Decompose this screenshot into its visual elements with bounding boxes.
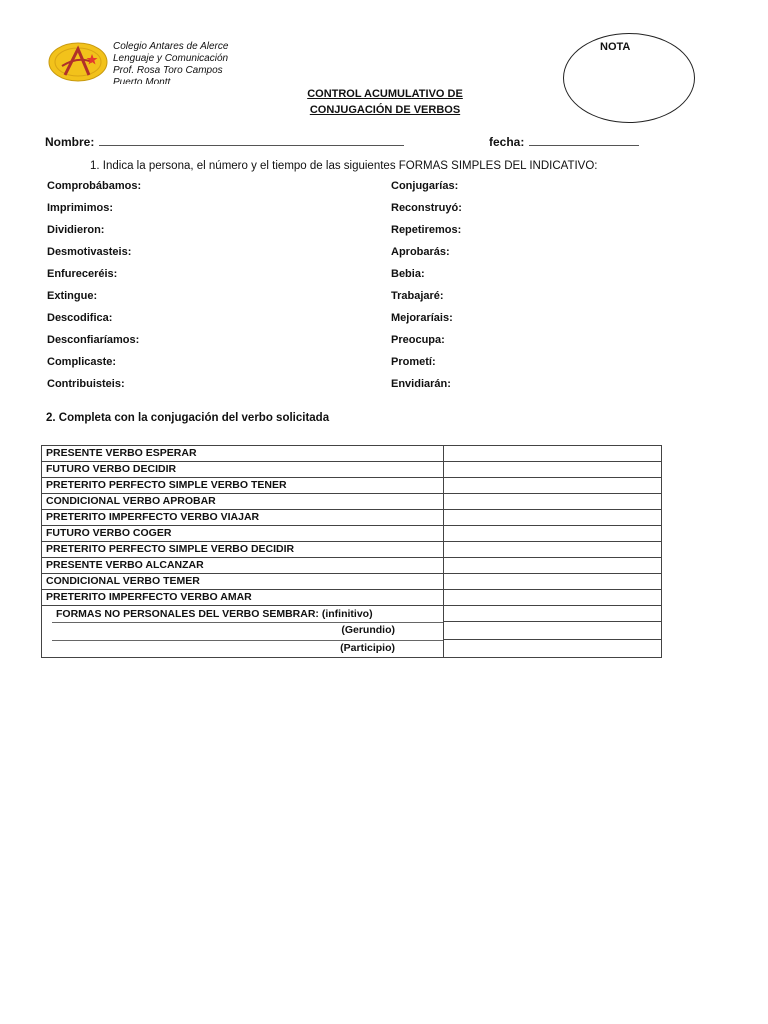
verb-item: Descodifica: [47,312,112,324]
row-answer[interactable] [444,590,662,606]
table-row-gerund: (Gerundio) [42,622,662,640]
section2-instruction: 2. Completa con la conjugación del verbo… [46,412,329,424]
name-input-line[interactable] [99,135,404,146]
table-row: FUTURO VERBO DECIDIR [42,462,662,478]
table-row-infinitive: FORMAS NO PERSONALES DEL VERBO SEMBRAR: … [42,606,662,622]
grade-label: NOTA [600,41,630,53]
row-answer[interactable] [444,478,662,494]
row-answer[interactable] [444,558,662,574]
page-title-line2: CONJUGACIÓN DE VERBOS [230,104,540,116]
row-prompt: PRETERITO PERFECTO SIMPLE VERBO DECIDIR [42,542,444,558]
table-row: PRESENTE VERBO ALCANZAR [42,558,662,574]
verb-item: Prometí: [391,356,436,368]
section1-instruction: 1. Indica la persona, el número y el tie… [90,160,598,172]
row-prompt: PRETERITO PERFECTO SIMPLE VERBO TENER [42,478,444,494]
date-input-line[interactable] [529,135,639,146]
table-row: CONDICIONAL VERBO APROBAR [42,494,662,510]
grade-box[interactable]: NOTA [563,33,695,123]
verb-item: Dividieron: [47,224,104,236]
participle-label: (Participio) [340,641,395,656]
row-prompt: CONDICIONAL VERBO APROBAR [42,494,444,510]
verb-item: Mejoraríais: [391,312,453,324]
verb-item: Desmotivasteis: [47,246,131,258]
school-logo [48,42,108,82]
table-row: PRETERITO IMPERFECTO VERBO VIAJAR [42,510,662,526]
row-answer-gerund[interactable] [444,622,662,640]
row-prompt: PRESENTE VERBO ALCANZAR [42,558,444,574]
table-row: FUTURO VERBO COGER [42,526,662,542]
verb-item: Trabajaré: [391,290,444,302]
verb-item: Conjugarías: [391,180,458,192]
row-answer[interactable] [444,510,662,526]
row-answer[interactable] [444,446,662,462]
verb-item: Enfureceréis: [47,268,117,280]
verb-item: Preocupa: [391,334,445,346]
row-answer[interactable] [444,494,662,510]
verb-item: Repetiremos: [391,224,461,236]
row-prompt: (Gerundio) [42,622,444,640]
conjugation-table: PRESENTE VERBO ESPERAR FUTURO VERBO DECI… [41,445,662,658]
table-row: CONDICIONAL VERBO TEMER [42,574,662,590]
school-city: Puerto Montt [113,77,228,84]
name-field[interactable]: Nombre: [45,133,404,151]
verb-item: Aprobarás: [391,246,450,258]
row-prompt: FORMAS NO PERSONALES DEL VERBO SEMBRAR: … [42,606,444,622]
school-crest-icon [48,42,108,82]
school-teacher: Prof. Rosa Toro Campos [113,65,228,77]
date-field[interactable]: fecha: [489,133,639,151]
school-name: Colegio Antares de Alerce [113,41,228,53]
row-prompt: CONDICIONAL VERBO TEMER [42,574,444,590]
table-row-participle: (Participio) [42,640,662,658]
row-prompt: FUTURO VERBO COGER [42,526,444,542]
row-answer[interactable] [444,462,662,478]
verb-item: Envidiarán: [391,378,451,390]
school-subject: Lenguaje y Comunicación [113,53,228,65]
table-row: PRETERITO PERFECTO SIMPLE VERBO TENER [42,478,662,494]
verb-item: Imprimimos: [47,202,113,214]
name-label: Nombre: [45,135,94,149]
verb-item: Contribuisteis: [47,378,125,390]
verb-item: Bebia: [391,268,425,280]
verb-item: Reconstruyó: [391,202,462,214]
school-info: Colegio Antares de Alerce Lenguaje y Com… [113,41,228,84]
row-prompt: FUTURO VERBO DECIDIR [42,462,444,478]
row-prompt: PRETERITO IMPERFECTO VERBO AMAR [42,590,444,606]
verb-item: Complicaste: [47,356,116,368]
gerund-label: (Gerundio) [341,623,395,638]
row-answer-infinitive[interactable] [444,606,662,622]
verb-item: Extingue: [47,290,97,302]
table-row: PRETERITO PERFECTO SIMPLE VERBO DECIDIR [42,542,662,558]
date-label: fecha: [489,135,524,149]
row-prompt: PRESENTE VERBO ESPERAR [42,446,444,462]
row-answer[interactable] [444,526,662,542]
non-personal-label: FORMAS NO PERSONALES DEL VERBO SEMBRAR: … [56,607,373,622]
row-answer[interactable] [444,542,662,558]
verb-item: Desconfiaríamos: [47,334,139,346]
verb-item: Comprobábamos: [47,180,141,192]
row-prompt: PRETERITO IMPERFECTO VERBO VIAJAR [42,510,444,526]
row-prompt: (Participio) [42,640,444,658]
row-answer[interactable] [444,574,662,590]
page-title-line1: CONTROL ACUMULATIVO DE [230,88,540,100]
table-row: PRETERITO IMPERFECTO VERBO AMAR [42,590,662,606]
table-row: PRESENTE VERBO ESPERAR [42,446,662,462]
row-answer-participle[interactable] [444,640,662,658]
